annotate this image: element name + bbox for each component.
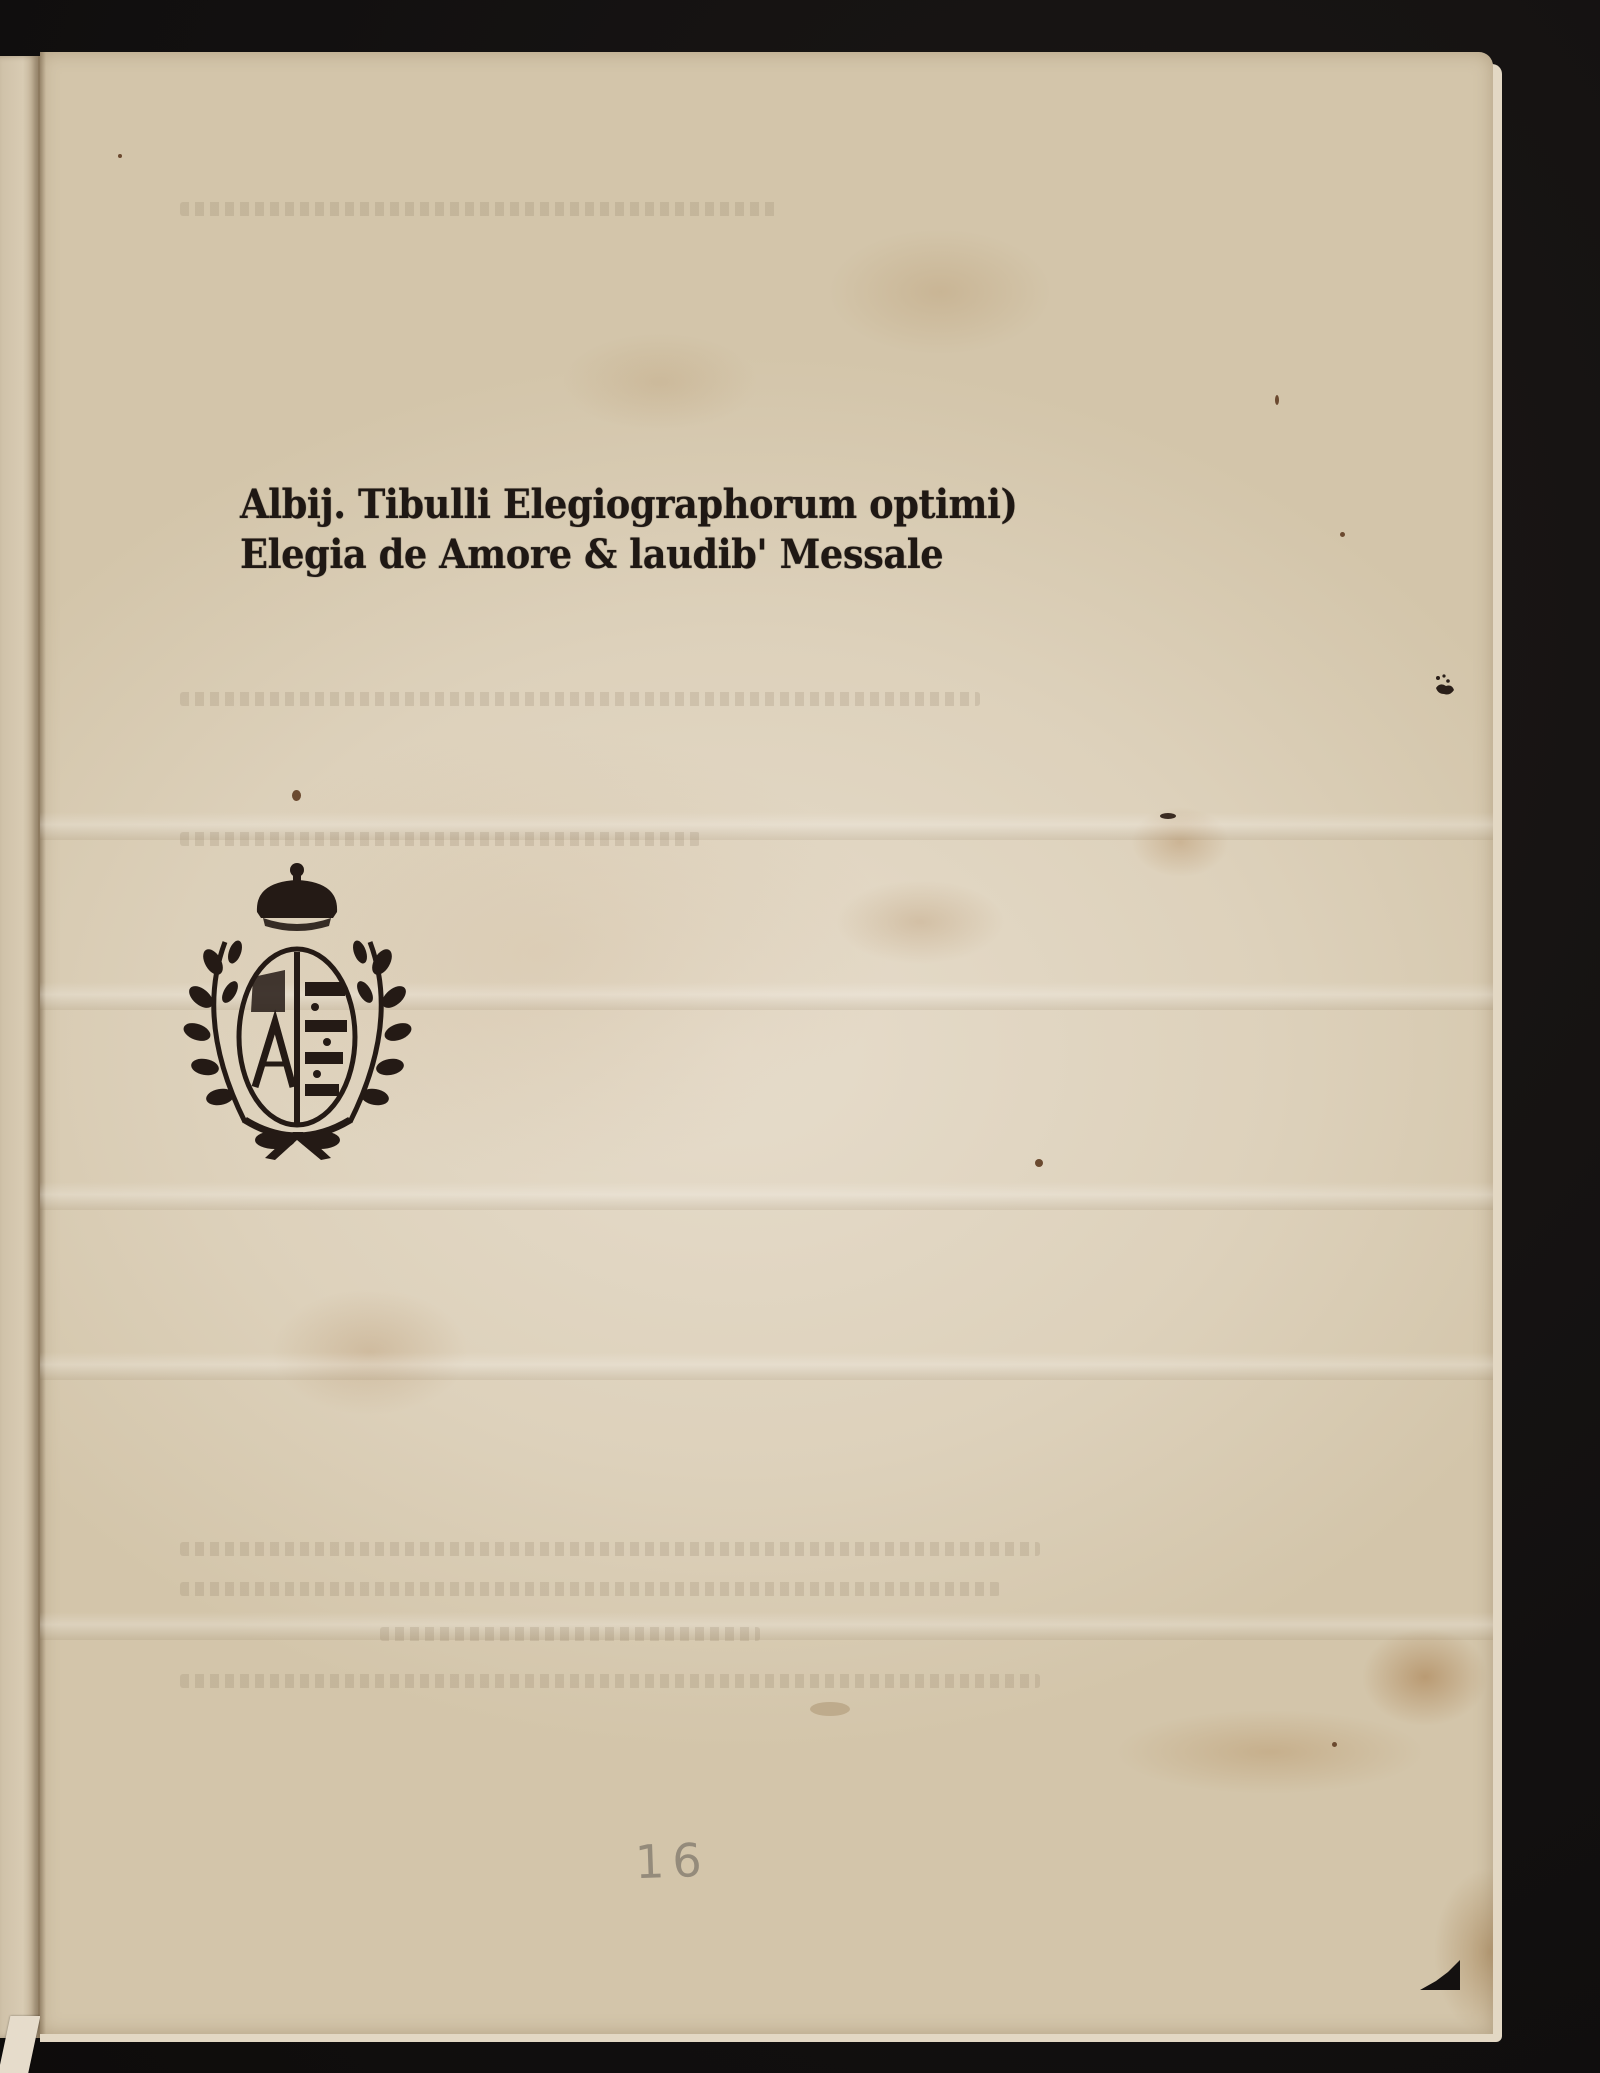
ink-speck xyxy=(118,154,122,158)
printed-title: Albij. Tibulli Elegiographorum optimi) E… xyxy=(240,480,1017,580)
gutter-shadow xyxy=(40,52,46,2034)
show-through-text xyxy=(180,1542,1040,1556)
paper-wave xyxy=(40,1352,1493,1380)
ink-speck xyxy=(292,790,301,801)
show-through-text xyxy=(180,202,780,216)
show-through-text xyxy=(180,1582,1000,1596)
paper-wave xyxy=(40,1612,1493,1640)
handwritten-folio-number: 16 xyxy=(634,1833,710,1890)
paper-nick xyxy=(810,1702,850,1716)
ink-speck xyxy=(1035,1159,1043,1167)
show-through-text xyxy=(380,1627,760,1641)
ink-speck xyxy=(1332,1742,1337,1747)
paper-wave xyxy=(40,1182,1493,1210)
title-page: Albij. Tibulli Elegiographorum optimi) E… xyxy=(40,52,1493,2034)
ink-speck xyxy=(1340,532,1345,537)
edge-ink-blot-icon xyxy=(1432,672,1456,698)
title-line-2: Elegia de Amore & laudib' Messale xyxy=(240,530,1017,580)
facing-leaf-edge xyxy=(0,56,40,2038)
show-through-text xyxy=(180,1674,1040,1688)
coat-of-arms-icon xyxy=(175,852,420,1162)
ink-smudge xyxy=(1160,813,1176,819)
title-line-1: Albij. Tibulli Elegiographorum optimi) xyxy=(240,480,1017,530)
show-through-text xyxy=(180,692,980,706)
ink-speck xyxy=(1275,395,1279,405)
show-through-text xyxy=(180,832,700,846)
